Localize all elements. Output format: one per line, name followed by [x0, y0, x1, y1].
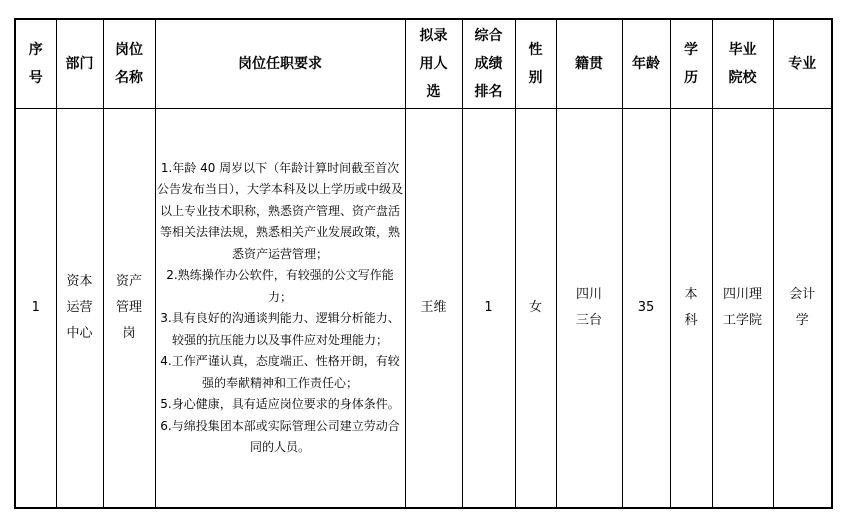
- cell-text: 管理: [104, 295, 155, 321]
- header-text: 年龄: [623, 50, 670, 78]
- header-text: 拟录: [406, 22, 462, 50]
- header-major: 专业: [773, 19, 832, 109]
- header-candidate: 拟录 用人 选: [405, 19, 462, 109]
- requirement-item: 6.与绵投集团本部或实际管理公司建立劳动合同的人员。: [156, 416, 405, 459]
- cell-major: 会计 学: [773, 109, 832, 509]
- header-text: 性: [516, 36, 556, 64]
- cell-candidate: 王维: [405, 109, 462, 509]
- header-requirements: 岗位任职要求: [155, 19, 405, 109]
- requirement-item: 1.年龄 40 周岁以下（年龄计算时间截至首次公告发布当日），大学本科及以上学历…: [156, 158, 405, 266]
- table-row: 1 资本 运营 中心 资产 管理 岗 1.年龄 40 周岁以下（年龄计算时间截至…: [15, 109, 832, 509]
- header-text: 院校: [713, 64, 773, 92]
- cell-gender: 女: [515, 109, 556, 509]
- header-education: 学 历: [670, 19, 712, 109]
- header-text: 岗位任职要求: [156, 50, 405, 78]
- header-text: 历: [671, 64, 712, 92]
- cell-native-place: 四川 三台: [556, 109, 622, 509]
- requirement-item: 5.身心健康，具有适应岗位要求的身体条件。: [156, 394, 405, 416]
- header-text: 专业: [774, 50, 832, 78]
- cell-text: 资本: [57, 269, 103, 295]
- header-text: 综合: [463, 22, 515, 50]
- cell-text: 四川理: [713, 282, 773, 308]
- requirement-item: 2.熟练操作办公软件，有较强的公文写作能力；: [156, 265, 405, 308]
- cell-text: 四川: [557, 282, 622, 308]
- header-position: 岗位 名称: [103, 19, 155, 109]
- cell-dept: 资本 运营 中心: [56, 109, 103, 509]
- header-text: 别: [516, 64, 556, 92]
- header-text: 毕业: [713, 36, 773, 64]
- cell-requirements: 1.年龄 40 周岁以下（年龄计算时间截至首次公告发布当日），大学本科及以上学历…: [155, 109, 405, 509]
- cell-text: 会计: [774, 282, 832, 308]
- cell-text: 工学院: [713, 308, 773, 334]
- header-text: 名称: [104, 64, 155, 92]
- cell-school: 四川理 工学院: [712, 109, 773, 509]
- header-dept: 部门: [56, 19, 103, 109]
- cell-text: 本: [671, 282, 712, 308]
- header-text: 排名: [463, 78, 515, 106]
- header-text: 号: [16, 64, 56, 92]
- cell-text: 岗: [104, 321, 155, 347]
- header-rank: 综合 成绩 排名: [462, 19, 515, 109]
- header-gender: 性 别: [515, 19, 556, 109]
- header-school: 毕业 院校: [712, 19, 773, 109]
- cell-text: 学: [774, 308, 832, 334]
- cell-text: 科: [671, 308, 712, 334]
- header-age: 年龄: [622, 19, 670, 109]
- requirement-item: 4.工作严谨认真，态度端正、性格开朗，有较强的奉献精神和工作责任心；: [156, 351, 405, 394]
- cell-text: 运营: [57, 295, 103, 321]
- requirement-item: 3.具有良好的沟通谈判能力、逻辑分析能力、较强的抗压能力以及事件应对处理能力；: [156, 308, 405, 351]
- header-text: 部门: [57, 50, 103, 78]
- header-text: 序: [16, 36, 56, 64]
- header-text: 岗位: [104, 36, 155, 64]
- header-text: 学: [671, 36, 712, 64]
- header-row: 序 号 部门 岗位 名称 岗位任职要求 拟录 用人 选 综合 成绩 排名 性 别…: [15, 19, 832, 109]
- cell-text: 中心: [57, 321, 103, 347]
- header-text: 籍贯: [557, 50, 622, 78]
- header-seq: 序 号: [15, 19, 56, 109]
- recruitment-table: 序 号 部门 岗位 名称 岗位任职要求 拟录 用人 选 综合 成绩 排名 性 别…: [14, 18, 833, 509]
- header-text: 选: [406, 78, 462, 106]
- cell-seq: 1: [15, 109, 56, 509]
- cell-position: 资产 管理 岗: [103, 109, 155, 509]
- cell-text: 资产: [104, 269, 155, 295]
- cell-rank: 1: [462, 109, 515, 509]
- header-text: 用人: [406, 50, 462, 78]
- cell-text: 三台: [557, 308, 622, 334]
- cell-age: 35: [622, 109, 670, 509]
- header-native-place: 籍贯: [556, 19, 622, 109]
- header-text: 成绩: [463, 50, 515, 78]
- cell-education: 本 科: [670, 109, 712, 509]
